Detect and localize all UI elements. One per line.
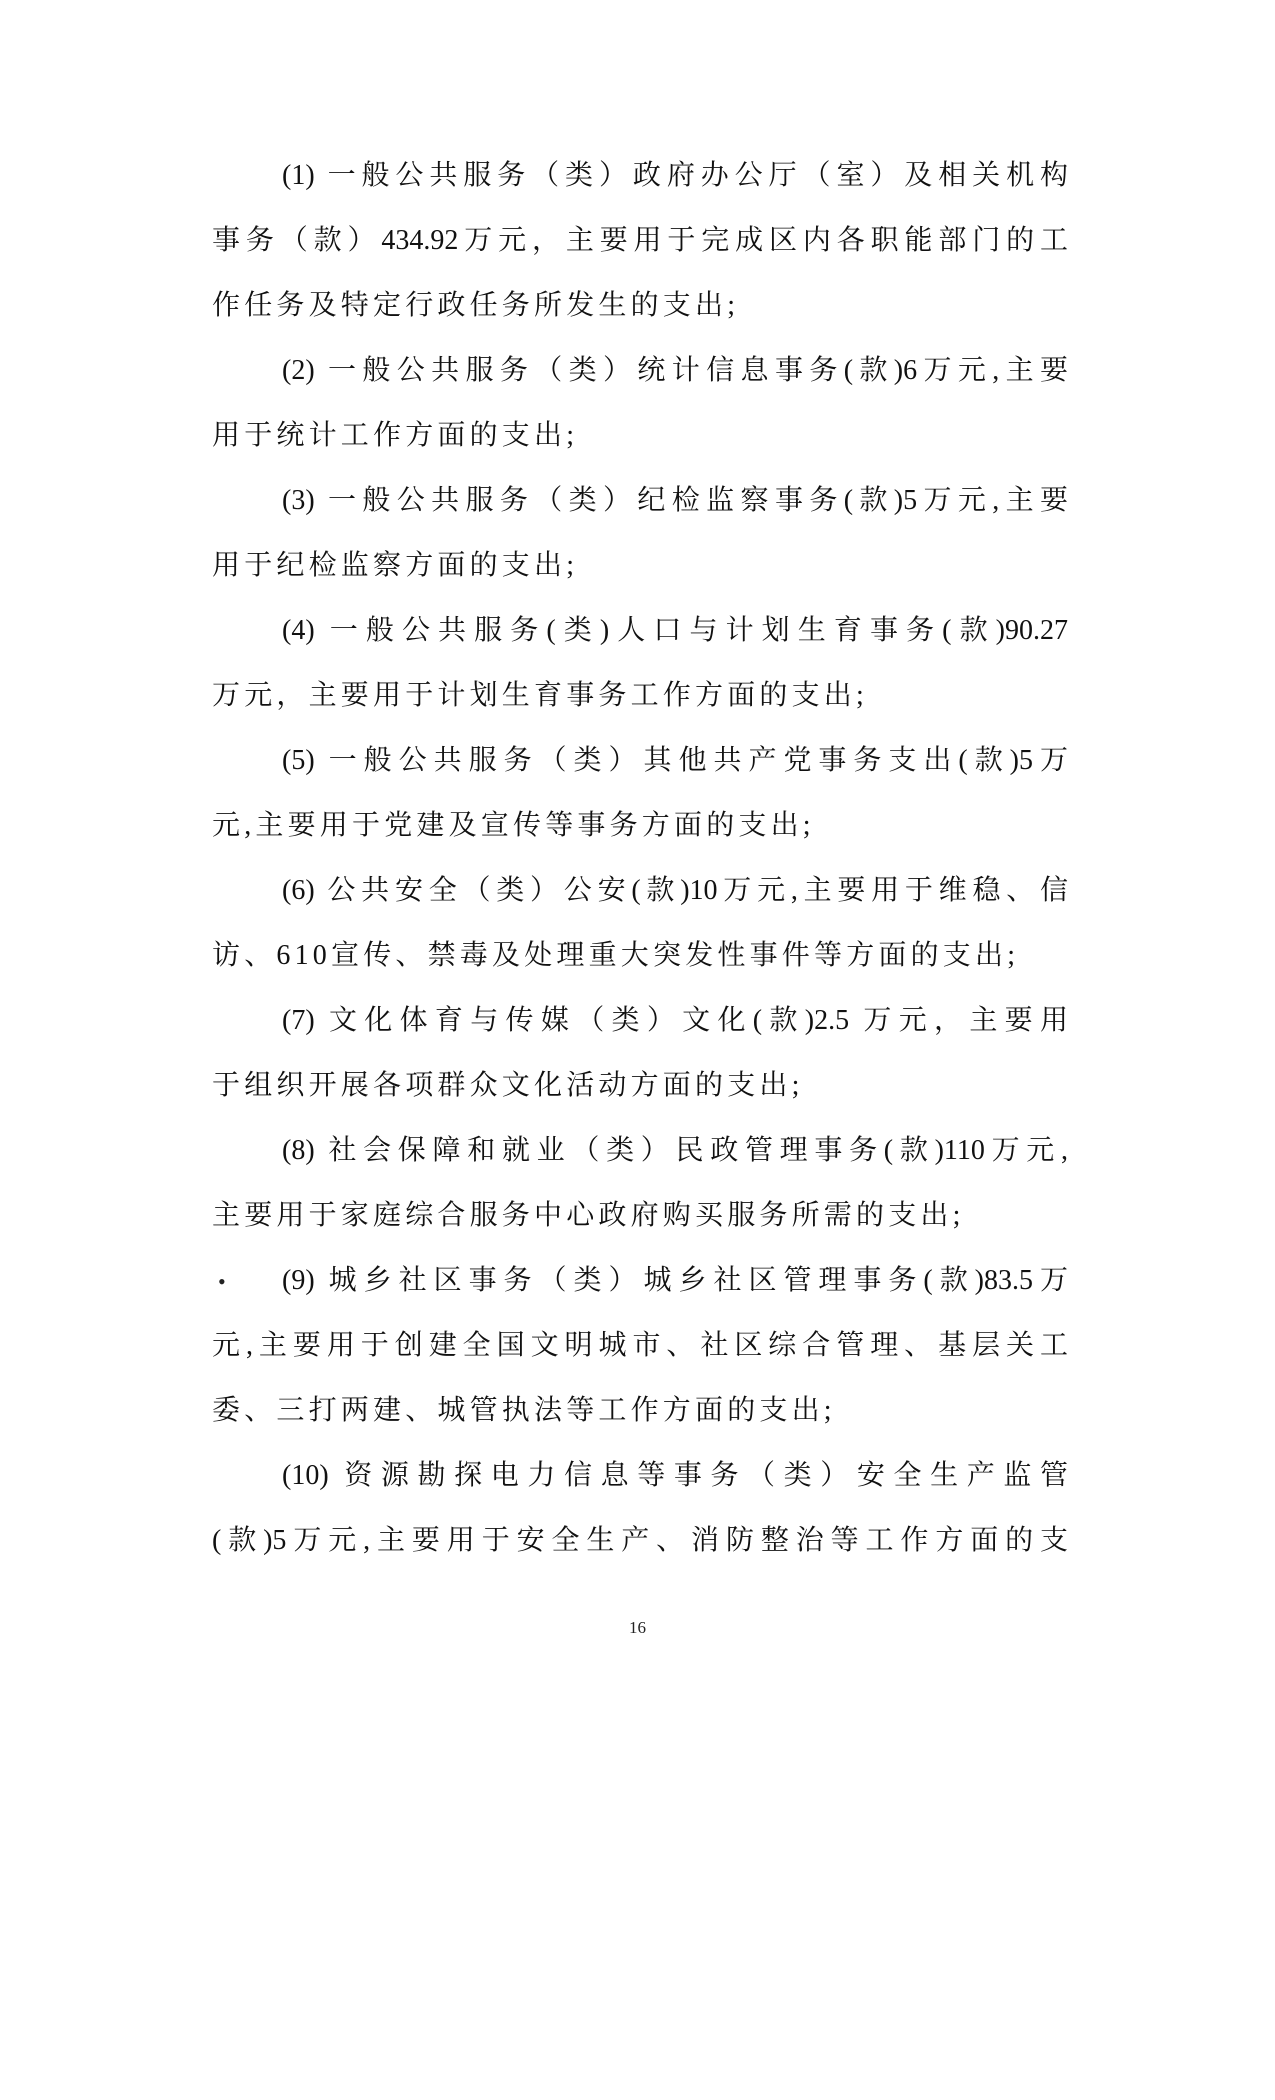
paragraph-8-line-1: (8) 社会保障和就业（类）民政管理事务(款)110万元, xyxy=(282,1131,1068,1171)
paragraph-7-line-1: (7) 文化体育与传媒（类）文化(款)2.5 万元，主要用 xyxy=(282,1001,1068,1041)
paragraph-4-line-1: (4) 一般公共服务(类)人口与计划生育事务(款)90.27 xyxy=(282,611,1068,651)
paragraph-5-line-1: (5) 一般公共服务（类）其他共产党事务支出(款)5万 xyxy=(282,741,1068,781)
paragraph-1-line-3: 作任务及特定行政任务所发生的支出; xyxy=(212,286,1068,326)
paragraph-1-line-2: 事务（款）434.92万元，主要用于完成区内各职能部门的工 xyxy=(212,221,1068,261)
paragraph-6-line-1: (6) 公共安全（类）公安(款)10万元,主要用于维稳、信 xyxy=(282,871,1068,911)
paragraph-1-line-1: (1) 一般公共服务（类）政府办公厅（室）及相关机构 xyxy=(282,156,1068,196)
paragraph-10-line-1: (10) 资源勘探电力信息等事务（类）安全生产监管 xyxy=(282,1456,1068,1496)
paragraph-2-line-1: (2) 一般公共服务（类）统计信息事务(款)6万元,主要 xyxy=(282,351,1068,391)
paragraph-9-line-1: (9) 城乡社区事务（类）城乡社区管理事务(款)83.5万 xyxy=(282,1261,1068,1301)
paragraph-9-line-3: 委、三打两建、城管执法等工作方面的支出; xyxy=(212,1391,1068,1431)
paragraph-2-line-2: 用于统计工作方面的支出; xyxy=(212,416,1068,456)
stray-dot-mark: • xyxy=(218,1270,226,1294)
paragraph-7-line-2: 于组织开展各项群众文化活动方面的支出; xyxy=(212,1066,1068,1106)
paragraph-3-line-2: 用于纪检监察方面的支出; xyxy=(212,546,1068,586)
paragraph-8-line-2: 主要用于家庭综合服务中心政府购买服务所需的支出; xyxy=(212,1196,1068,1236)
paragraph-9-line-2: 元,主要用于创建全国文明城市、社区综合管理、基层关工 xyxy=(212,1326,1068,1366)
paragraph-4-line-2: 万元，主要用于计划生育事务工作方面的支出; xyxy=(212,676,1068,716)
page-number: 16 xyxy=(0,1618,1275,1638)
document-page: (1) 一般公共服务（类）政府办公厅（室）及相关机构 事务（款）434.92万元… xyxy=(0,0,1275,2100)
paragraph-6-line-2: 访、610宣传、禁毒及处理重大突发性事件等方面的支出; xyxy=(212,936,1068,976)
paragraph-10-line-2: (款)5万元,主要用于安全生产、消防整治等工作方面的支 xyxy=(212,1521,1068,1561)
paragraph-5-line-2: 元,主要用于党建及宣传等事务方面的支出; xyxy=(212,806,1068,846)
paragraph-3-line-1: (3) 一般公共服务（类）纪检监察事务(款)5万元,主要 xyxy=(282,481,1068,521)
